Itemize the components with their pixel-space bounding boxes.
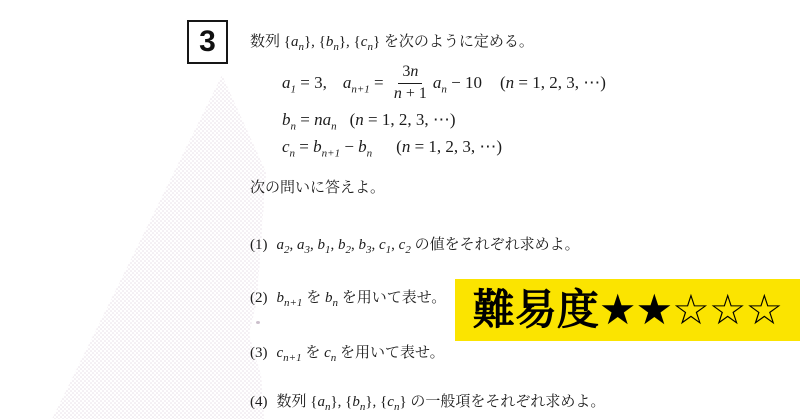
text-run: 次の問いに答えよ。 (250, 180, 385, 196)
text-run: = (295, 137, 313, 156)
text-run: − (340, 137, 358, 156)
math-var: n (314, 110, 323, 129)
text-run: , (290, 237, 298, 253)
math-var: b (359, 237, 367, 253)
text-run: + 1 (402, 85, 427, 102)
eq3-body: cn = bn+1 − bn (282, 137, 372, 157)
math-var: n (355, 110, 364, 129)
math-var: a (282, 73, 291, 92)
question-3: (3)cn+1 を cn を用いて表せ。 (250, 341, 445, 362)
text-run: }, { (339, 34, 361, 50)
math-var: b (352, 394, 360, 410)
text-run: = 1, 2, 3, ⋯) (514, 73, 606, 92)
math-var: a (317, 394, 325, 410)
math-var: n (410, 63, 418, 80)
math-var: b (313, 137, 322, 156)
question-2: (2)bn+1 を bn を用いて表せ。 (250, 286, 446, 307)
question-3-label: (3) (250, 345, 268, 361)
eq2-domain: (n = 1, 2, 3, ⋯) (350, 110, 456, 130)
eq3-domain: (n = 1, 2, 3, ⋯) (396, 137, 502, 157)
text-run: = 3, (296, 73, 327, 92)
math-var: n (506, 73, 515, 92)
text-run: } の一般項をそれぞれ求めよ。 (399, 394, 605, 410)
math-var: b (282, 110, 291, 129)
problem-number-box: 3 (187, 20, 228, 64)
text-run: = 1, 2, 3, ⋯) (364, 110, 456, 129)
question-1: (1)a2, a3, b1, b2, b3, c1, c2 の値をそれぞれ求めよ… (250, 233, 580, 254)
question-4-label: (4) (250, 394, 268, 410)
math-var: c (387, 394, 394, 410)
equation-3: cn = bn+1 − bn (n = 1, 2, 3, ⋯) (282, 135, 502, 159)
math-var: b (318, 237, 326, 253)
watermark-polygon (52, 75, 266, 419)
document-page: 3 数列 {an}, {bn}, {cn} を次のように定める。 a1 = 3,… (0, 0, 800, 419)
text-run: − 10 (447, 73, 482, 92)
text-run: を用いて表せ。 (336, 345, 444, 361)
math-var: c (379, 237, 386, 253)
eq1-recurrence-lhs: an+1 = (343, 73, 388, 93)
math-var: c (282, 137, 290, 156)
text-run: , (331, 237, 339, 253)
question-4: (4)数列 {an}, {bn}, {cn} の一般項をそれぞれ求めよ。 (250, 390, 605, 411)
math-var: a (277, 237, 285, 253)
math-var: a (297, 237, 305, 253)
text-run: の値をそれぞれ求めよ。 (411, 237, 580, 253)
text-run: , (372, 237, 380, 253)
prompt-text: 次の問いに答えよ。 (250, 176, 385, 197)
fraction: 3nn + 1 (392, 63, 429, 103)
difficulty-label: 難易度 (473, 289, 599, 331)
problem-number: 3 (199, 25, 216, 59)
text-run: 数列 { (250, 34, 291, 50)
fraction-denominator: n + 1 (392, 84, 429, 103)
intro-text: 数列 {an}, {bn}, {cn} を次のように定める。 (250, 30, 534, 51)
equation-1: a1 = 3, an+1 = 3nn + 1 an − 10 (n = 1, 2… (282, 60, 606, 106)
text-run: , (391, 237, 399, 253)
difficulty-stars-filled: ★★ (599, 289, 672, 331)
eq1-initial-term: a1 = 3, (282, 73, 327, 93)
text-run: }, { (330, 394, 352, 410)
difficulty-stars-empty: ☆☆☆ (672, 289, 782, 331)
math-var: b (338, 237, 346, 253)
math-var: a (323, 110, 332, 129)
math-var: b (277, 290, 285, 306)
text-run: = (370, 73, 388, 92)
text-run: を (302, 345, 325, 361)
math-sub: n+1 (283, 352, 301, 364)
math-sub: n (367, 147, 373, 159)
text-run: = (296, 110, 314, 129)
text-run: , (310, 237, 318, 253)
question-2-label: (2) (250, 290, 268, 306)
text-run: } を次のように定める。 (373, 34, 534, 50)
eq1-recurrence-rhs: an − 10 (433, 73, 482, 93)
scan-artifact-dot (256, 321, 260, 324)
text-run: を (302, 290, 325, 306)
math-var: b (358, 137, 367, 156)
math-sub: n+1 (351, 83, 369, 95)
text-run: 数列 { (277, 394, 318, 410)
text-run: = 1, 2, 3, ⋯) (410, 137, 502, 156)
text-run: }, { (365, 394, 387, 410)
math-sub: n+1 (322, 147, 340, 159)
equation-2: bn = nan (n = 1, 2, 3, ⋯) (282, 108, 456, 132)
math-var: n (394, 85, 402, 102)
difficulty-badge: 難易度★★☆☆☆ (455, 279, 800, 341)
question-1-label: (1) (250, 237, 268, 253)
math-sub: n+1 (284, 297, 302, 309)
math-var: c (324, 345, 331, 361)
fraction-numerator: 3n (398, 63, 422, 83)
eq2-body: bn = nan (282, 110, 337, 130)
text-run: を用いて表せ。 (338, 290, 446, 306)
math-sub: n (331, 120, 337, 132)
text-run: , (351, 237, 359, 253)
eq1-domain: (n = 1, 2, 3, ⋯) (500, 73, 606, 93)
text-run: }, { (304, 34, 326, 50)
